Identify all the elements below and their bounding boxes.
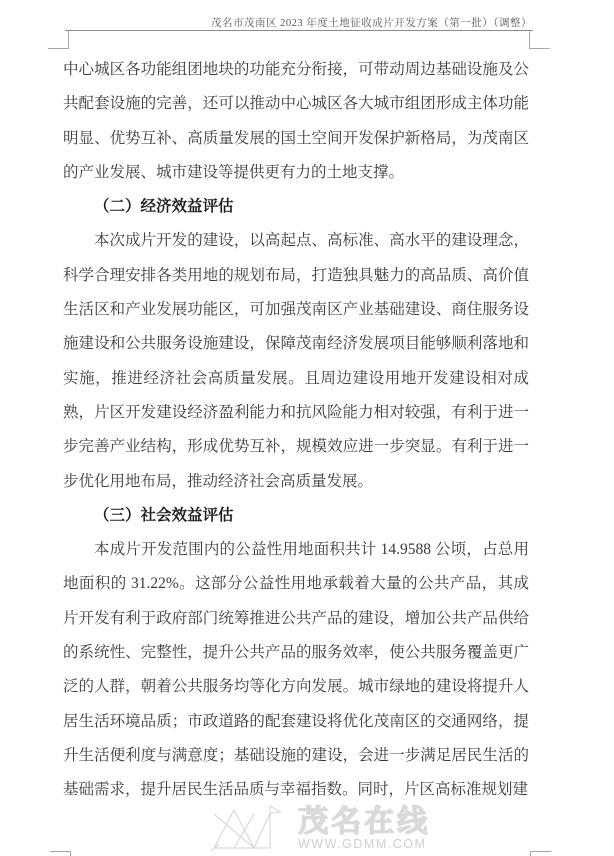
watermark-site-name: 茂名在线	[298, 807, 430, 837]
paragraph-social-benefit: 本成片开发范围内的公益性用地面积共计 14.9588 公顷，占总用地面积的 31…	[63, 533, 529, 807]
header-rule	[65, 30, 533, 31]
page-header-title: 茂名市茂南区 2023 年度土地征收成片开发方案（第一批）（调整）	[65, 15, 532, 30]
crop-mark-top-left	[48, 31, 69, 49]
crop-mark-bottom-right	[530, 851, 551, 856]
document-body: 中心城区各功能组团地块的功能充分衔接，可带动周边基础设施及公共配套设施的完善，还…	[63, 53, 529, 808]
crop-mark-top-right	[529, 31, 550, 49]
watermark-text-block: 茂名在线 WWW.GDMM.COM	[298, 807, 430, 852]
document-page: 茂名市茂南区 2023 年度土地征收成片开发方案（第一批）（调整） 中心城区各功…	[0, 0, 614, 856]
heading-economic-benefit: （二）经济效益评估	[63, 190, 529, 224]
watermark-site-url: WWW.GDMM.COM	[298, 837, 426, 852]
paragraph-continued: 中心城区各功能组团地块的功能充分衔接，可带动周边基础设施及公共配套设施的完善，还…	[63, 53, 529, 190]
site-watermark: 茂名在线 WWW.GDMM.COM	[210, 804, 430, 852]
paragraph-economic-benefit: 本次成片开发的建设，以高起点、高标准、高水平的建设理念，科学合理安排各类用地的规…	[63, 224, 529, 498]
heading-social-benefit: （三）社会效益评估	[63, 499, 529, 533]
maoming-online-logo-icon	[210, 804, 290, 852]
crop-mark-bottom-left	[50, 851, 71, 856]
